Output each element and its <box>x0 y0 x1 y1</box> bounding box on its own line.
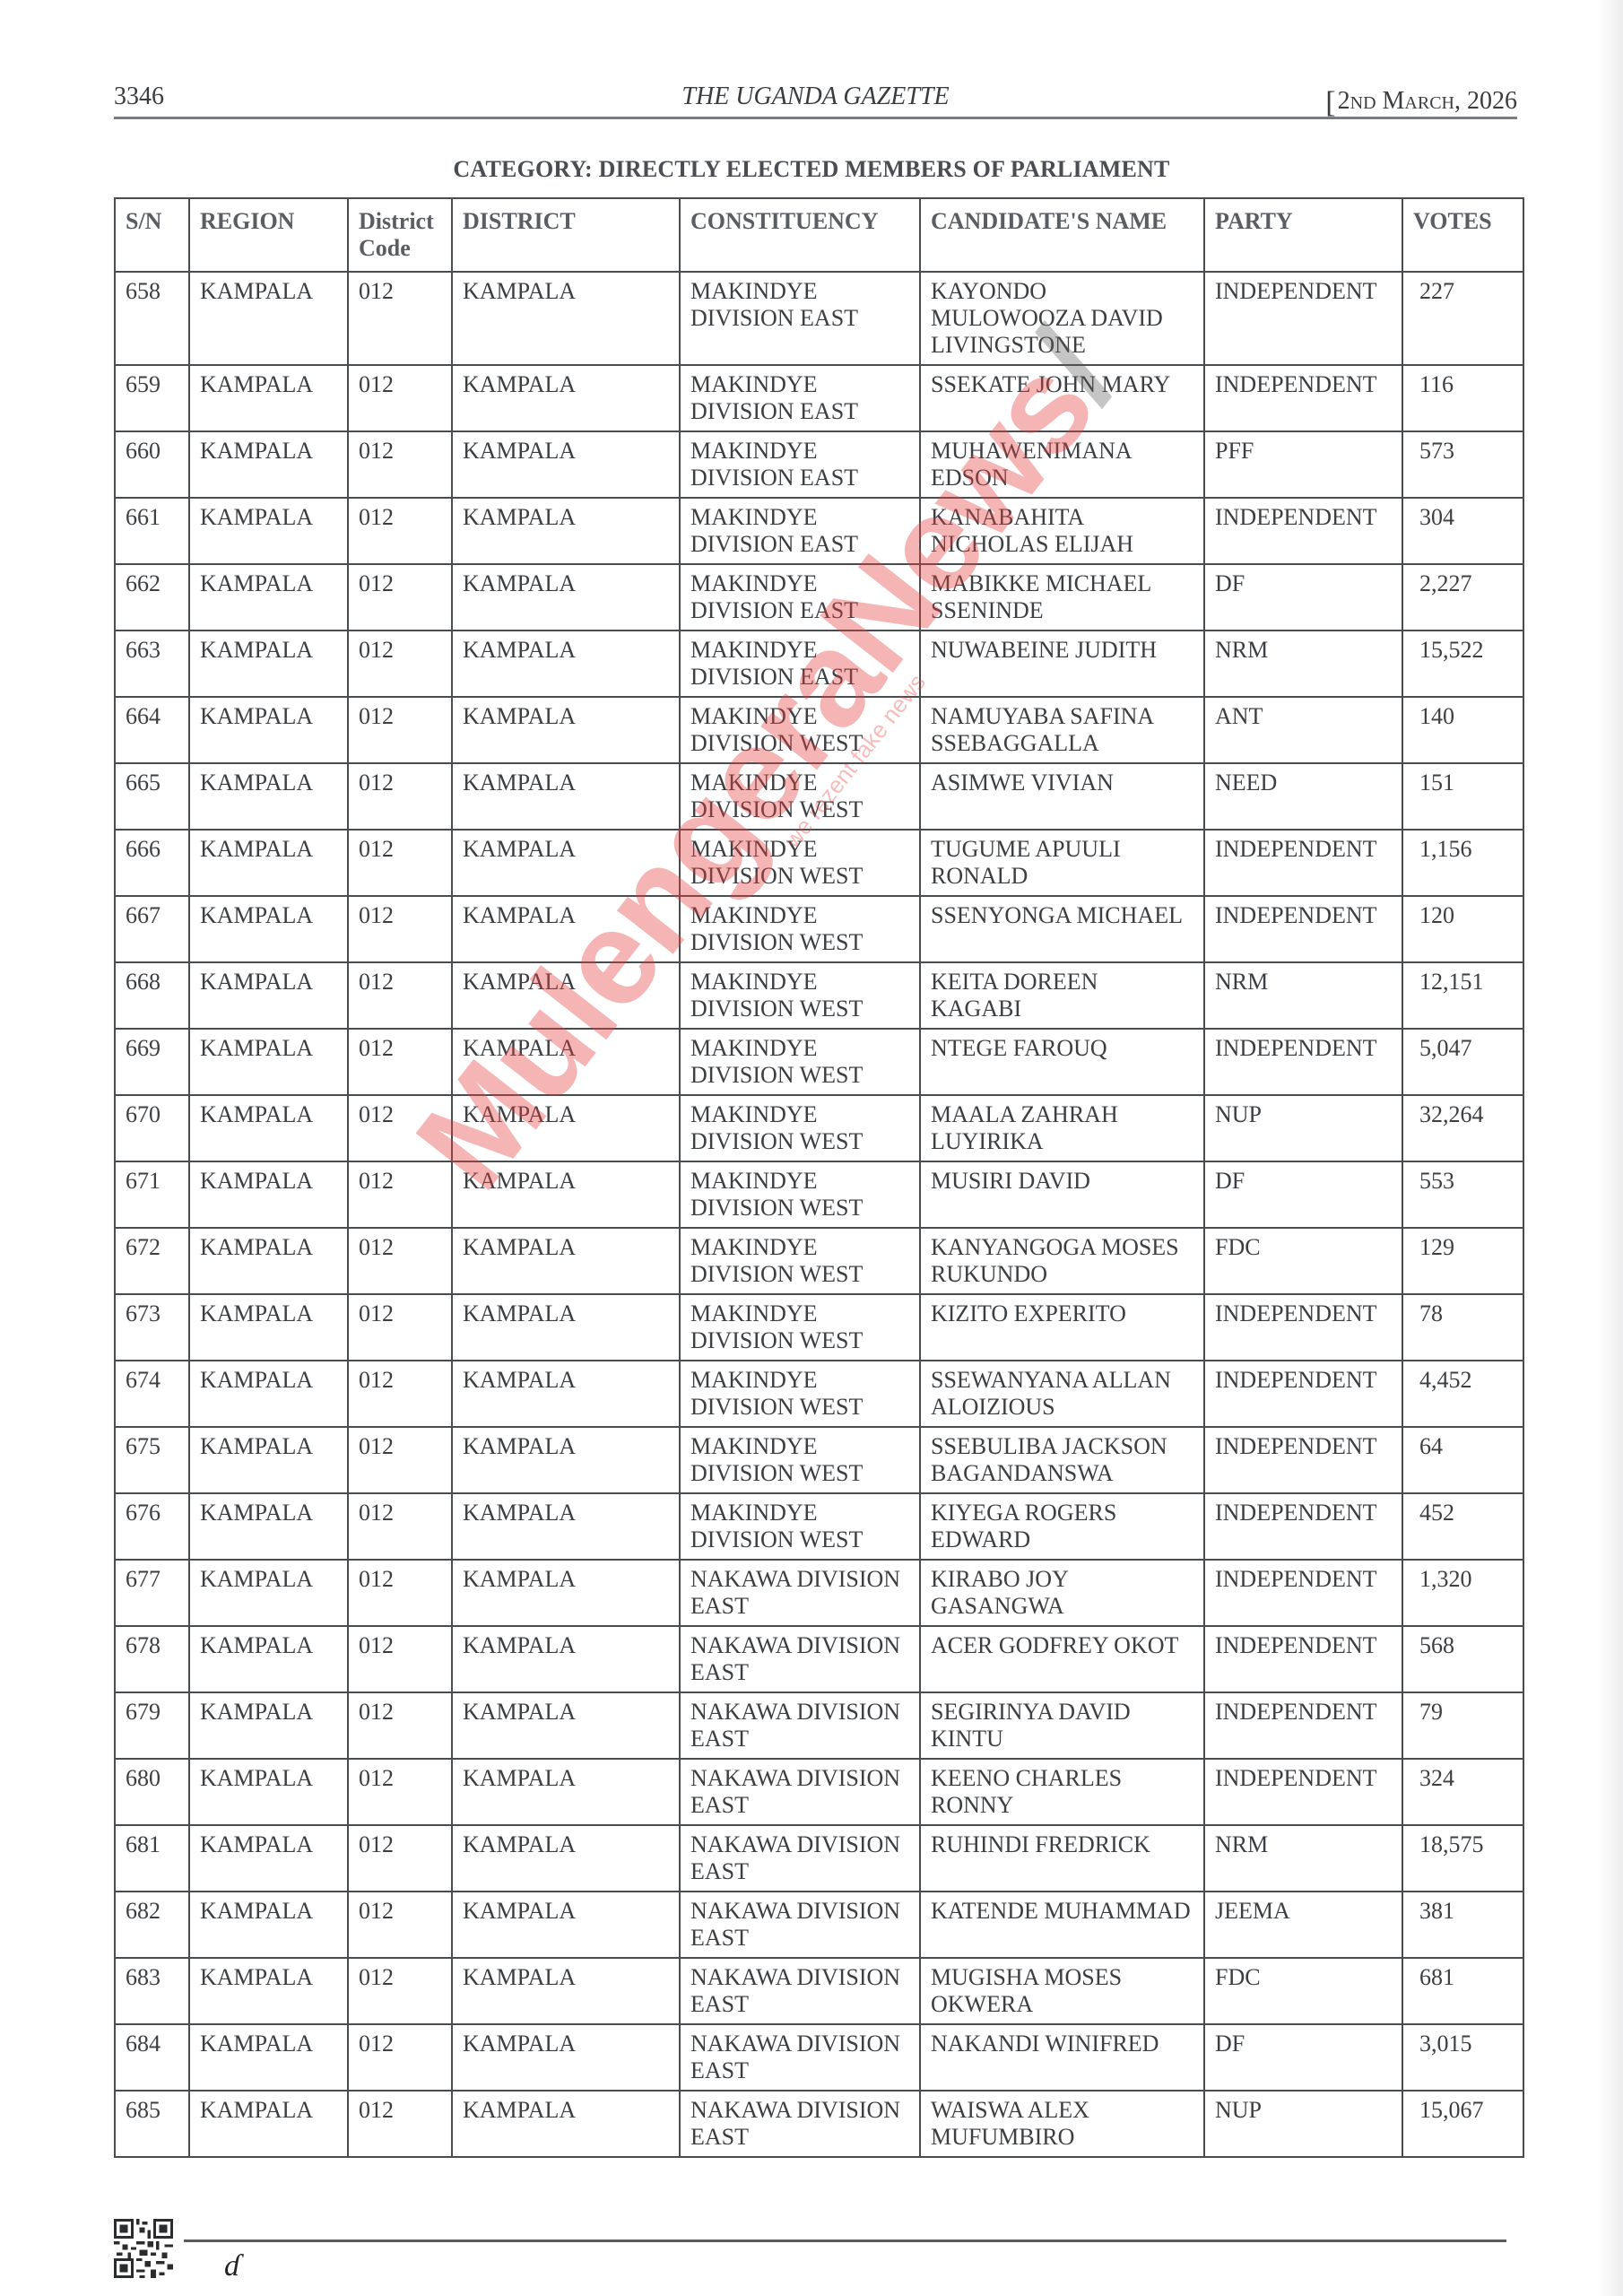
cell-district-code: 012 <box>348 1892 452 1958</box>
cell-district-code: 012 <box>348 962 452 1029</box>
cell-votes: 1,320 <box>1402 1560 1523 1626</box>
cell-district-code: 012 <box>348 1958 452 2024</box>
cell-region: KAMPALA <box>189 272 348 365</box>
cell-region: KAMPALA <box>189 763 348 830</box>
cell-region: KAMPALA <box>189 1958 348 2024</box>
cell-sn: 660 <box>115 431 189 498</box>
cell-district: KAMPALA <box>452 1161 680 1228</box>
cell-district: KAMPALA <box>452 1692 680 1759</box>
cell-votes: 32,264 <box>1402 1095 1523 1161</box>
cell-party: INDEPENDENT <box>1204 1294 1402 1361</box>
cell-sn: 664 <box>115 697 189 763</box>
table-row: 668KAMPALA012KAMPALAMAKINDYE DIVISION WE… <box>115 962 1523 1029</box>
cell-candidate-name: MUSIRI DAVID <box>920 1161 1204 1228</box>
cell-party: FDC <box>1204 1228 1402 1294</box>
cell-constituency: MAKINDYE DIVISION WEST <box>680 1095 920 1161</box>
cell-candidate-name: SSENYONGA MICHAEL <box>920 896 1204 962</box>
cell-region: KAMPALA <box>189 1825 348 1892</box>
cell-district: KAMPALA <box>452 830 680 896</box>
cell-sn: 682 <box>115 1892 189 1958</box>
cell-party: INDEPENDENT <box>1204 1626 1402 1692</box>
cell-votes: 64 <box>1402 1427 1523 1493</box>
cell-constituency: MAKINDYE DIVISION WEST <box>680 1228 920 1294</box>
cell-votes: 553 <box>1402 1161 1523 1228</box>
cell-party: INDEPENDENT <box>1204 1692 1402 1759</box>
cell-party: DF <box>1204 1161 1402 1228</box>
cell-district: KAMPALA <box>452 1361 680 1427</box>
cell-votes: 78 <box>1402 1294 1523 1361</box>
cell-sn: 679 <box>115 1692 189 1759</box>
cell-region: KAMPALA <box>189 1427 348 1493</box>
cell-district-code: 012 <box>348 1427 452 1493</box>
cell-candidate-name: MAALA ZAHRAH LUYIRIKA <box>920 1095 1204 1161</box>
table-row: 670KAMPALA012KAMPALAMAKINDYE DIVISION WE… <box>115 1095 1523 1161</box>
cell-constituency: MAKINDYE DIVISION WEST <box>680 830 920 896</box>
cell-region: KAMPALA <box>189 1029 348 1095</box>
cell-district: KAMPALA <box>452 1892 680 1958</box>
cell-district: KAMPALA <box>452 1493 680 1560</box>
cell-district-code: 012 <box>348 1626 452 1692</box>
cell-candidate-name: NTEGE FAROUQ <box>920 1029 1204 1095</box>
publication-title: THE UGANDA GAZETTE <box>114 83 1517 111</box>
cell-party: INDEPENDENT <box>1204 272 1402 365</box>
cell-candidate-name: KATENDE MUHAMMAD <box>920 1892 1204 1958</box>
cell-candidate-name: KIZITO EXPERITO <box>920 1294 1204 1361</box>
cell-district-code: 012 <box>348 1825 452 1892</box>
cell-district: KAMPALA <box>452 1825 680 1892</box>
date-year: , 2026 <box>1454 87 1517 115</box>
cell-sn: 659 <box>115 365 189 431</box>
table-row: 673KAMPALA012KAMPALAMAKINDYE DIVISION WE… <box>115 1294 1523 1361</box>
cell-region: KAMPALA <box>189 697 348 763</box>
cell-votes: 227 <box>1402 272 1523 365</box>
cell-sn: 666 <box>115 830 189 896</box>
table-row: 663KAMPALA012KAMPALAMAKINDYE DIVISION EA… <box>115 631 1523 697</box>
cell-district: KAMPALA <box>452 1427 680 1493</box>
cell-constituency: NAKAWA DIVISION EAST <box>680 2091 920 2157</box>
qr-code-icon <box>114 2219 173 2278</box>
cell-district-code: 012 <box>348 1294 452 1361</box>
cell-district-code: 012 <box>348 697 452 763</box>
table-row: 674KAMPALA012KAMPALAMAKINDYE DIVISION WE… <box>115 1361 1523 1427</box>
cell-district-code: 012 <box>348 1759 452 1825</box>
column-header-constituency: CONSTITUENCY <box>680 198 920 272</box>
cell-party: INDEPENDENT <box>1204 365 1402 431</box>
cell-constituency: MAKINDYE DIVISION WEST <box>680 1361 920 1427</box>
date-bracket: [ <box>1325 86 1335 119</box>
cell-district-code: 012 <box>348 1161 452 1228</box>
issue-date: [2ND MARCH, 2026 <box>1325 83 1517 117</box>
cell-sn: 672 <box>115 1228 189 1294</box>
cell-district-code: 012 <box>348 1228 452 1294</box>
cell-region: KAMPALA <box>189 1161 348 1228</box>
cell-candidate-name: RUHINDI FREDRICK <box>920 1825 1204 1892</box>
cell-region: KAMPALA <box>189 2024 348 2091</box>
cell-sn: 662 <box>115 564 189 631</box>
cell-party: INDEPENDENT <box>1204 1560 1402 1626</box>
cell-district: KAMPALA <box>452 1759 680 1825</box>
cell-candidate-name: NAKANDI WINIFRED <box>920 2024 1204 2091</box>
category-title: CATEGORY: DIRECTLY ELECTED MEMBERS OF PA… <box>0 156 1623 183</box>
cell-party: NRM <box>1204 1825 1402 1892</box>
cell-party: INDEPENDENT <box>1204 1427 1402 1493</box>
cell-votes: 1,156 <box>1402 830 1523 896</box>
cell-sn: 676 <box>115 1493 189 1560</box>
cell-candidate-name: KAYONDO MULOWOOZA DAVID LIVINGSTONE <box>920 272 1204 365</box>
cell-votes: 129 <box>1402 1228 1523 1294</box>
cell-region: KAMPALA <box>189 2091 348 2157</box>
cell-district-code: 012 <box>348 365 452 431</box>
cell-party: PFF <box>1204 431 1402 498</box>
table-row: 660KAMPALA012KAMPALAMAKINDYE DIVISION EA… <box>115 431 1523 498</box>
cell-constituency: NAKAWA DIVISION EAST <box>680 1958 920 2024</box>
cell-region: KAMPALA <box>189 365 348 431</box>
cell-constituency: NAKAWA DIVISION EAST <box>680 1626 920 1692</box>
cell-votes: 12,151 <box>1402 962 1523 1029</box>
cell-district-code: 012 <box>348 1560 452 1626</box>
cell-candidate-name: SSEKATE JOHN MARY <box>920 365 1204 431</box>
cell-region: KAMPALA <box>189 564 348 631</box>
cell-district: KAMPALA <box>452 1294 680 1361</box>
cell-party: INDEPENDENT <box>1204 1361 1402 1427</box>
cell-district: KAMPALA <box>452 272 680 365</box>
cell-votes: 4,452 <box>1402 1361 1523 1427</box>
cell-region: KAMPALA <box>189 830 348 896</box>
election-results-table: S/N REGION DistrictCode DISTRICT CONSTIT… <box>114 197 1524 2158</box>
cell-sn: 658 <box>115 272 189 365</box>
cell-district: KAMPALA <box>452 2091 680 2157</box>
table-row: 672KAMPALA012KAMPALAMAKINDYE DIVISION WE… <box>115 1228 1523 1294</box>
cell-district: KAMPALA <box>452 1095 680 1161</box>
cell-votes: 452 <box>1402 1493 1523 1560</box>
cell-sn: 671 <box>115 1161 189 1228</box>
cell-votes: 381 <box>1402 1892 1523 1958</box>
cell-constituency: MAKINDYE DIVISION WEST <box>680 896 920 962</box>
cell-constituency: MAKINDYE DIVISION EAST <box>680 272 920 365</box>
cell-votes: 5,047 <box>1402 1029 1523 1095</box>
cell-sn: 681 <box>115 1825 189 1892</box>
cell-region: KAMPALA <box>189 431 348 498</box>
cell-sn: 674 <box>115 1361 189 1427</box>
cell-district-code: 012 <box>348 564 452 631</box>
cell-party: INDEPENDENT <box>1204 1759 1402 1825</box>
cell-district-code: 012 <box>348 272 452 365</box>
table-row: 682KAMPALA012KAMPALANAKAWA DIVISION EAST… <box>115 1892 1523 1958</box>
cell-region: KAMPALA <box>189 1892 348 1958</box>
header-divider <box>114 117 1517 119</box>
cell-candidate-name: MABIKKE MICHAEL SSENINDE <box>920 564 1204 631</box>
cell-region: KAMPALA <box>189 1560 348 1626</box>
column-header-party: PARTY <box>1204 198 1402 272</box>
cell-votes: 681 <box>1402 1958 1523 2024</box>
table-row: 667KAMPALA012KAMPALAMAKINDYE DIVISION WE… <box>115 896 1523 962</box>
table-row: 659KAMPALA012KAMPALAMAKINDYE DIVISION EA… <box>115 365 1523 431</box>
cell-region: KAMPALA <box>189 631 348 697</box>
cell-candidate-name: SSEWANYANA ALLAN ALOIZIOUS <box>920 1361 1204 1427</box>
cell-district-code: 012 <box>348 498 452 564</box>
table-row: 685KAMPALA012KAMPALANAKAWA DIVISION EAST… <box>115 2091 1523 2157</box>
cell-district-code: 012 <box>348 2024 452 2091</box>
date-month-rest: ARCH <box>1404 93 1454 113</box>
cell-candidate-name: SEGIRINYA DAVID KINTU <box>920 1692 1204 1759</box>
column-header-votes: VOTES <box>1402 198 1523 272</box>
cell-candidate-name: KEENO CHARLES RONNY <box>920 1759 1204 1825</box>
cell-constituency: NAKAWA DIVISION EAST <box>680 2024 920 2091</box>
cell-party: DF <box>1204 2024 1402 2091</box>
cell-sn: 668 <box>115 962 189 1029</box>
cell-votes: 79 <box>1402 1692 1523 1759</box>
table-row: 678KAMPALA012KAMPALANAKAWA DIVISION EAST… <box>115 1626 1523 1692</box>
cell-votes: 2,227 <box>1402 564 1523 631</box>
cell-candidate-name: ACER GODFREY OKOT <box>920 1626 1204 1692</box>
table-row: 664KAMPALA012KAMPALAMAKINDYE DIVISION WE… <box>115 697 1523 763</box>
cell-votes: 304 <box>1402 498 1523 564</box>
cell-district: KAMPALA <box>452 962 680 1029</box>
cell-sn: 685 <box>115 2091 189 2157</box>
cell-sn: 661 <box>115 498 189 564</box>
cell-district: KAMPALA <box>452 498 680 564</box>
cell-votes: 116 <box>1402 365 1523 431</box>
cell-constituency: NAKAWA DIVISION EAST <box>680 1892 920 1958</box>
cell-constituency: MAKINDYE DIVISION EAST <box>680 431 920 498</box>
cell-votes: 15,522 <box>1402 631 1523 697</box>
cell-candidate-name: KEITA DOREEN KAGABI <box>920 962 1204 1029</box>
cell-sn: 675 <box>115 1427 189 1493</box>
cell-candidate-name: TUGUME APUULI RONALD <box>920 830 1204 896</box>
cell-party: NEED <box>1204 763 1402 830</box>
cell-district: KAMPALA <box>452 631 680 697</box>
cell-region: KAMPALA <box>189 962 348 1029</box>
cell-party: NUP <box>1204 2091 1402 2157</box>
district-code-head-line2: Code <box>359 235 411 261</box>
cell-party: JEEMA <box>1204 1892 1402 1958</box>
cell-district: KAMPALA <box>452 1228 680 1294</box>
table-row: 671KAMPALA012KAMPALAMAKINDYE DIVISION WE… <box>115 1161 1523 1228</box>
table-row: 676KAMPALA012KAMPALAMAKINDYE DIVISION WE… <box>115 1493 1523 1560</box>
cell-votes: 573 <box>1402 431 1523 498</box>
cell-candidate-name: MUGISHA MOSES OKWERA <box>920 1958 1204 2024</box>
cell-constituency: NAKAWA DIVISION EAST <box>680 1759 920 1825</box>
cell-candidate-name: KANABAHITA NICHOLAS ELIJAH <box>920 498 1204 564</box>
table-row: 669KAMPALA012KAMPALAMAKINDYE DIVISION WE… <box>115 1029 1523 1095</box>
cell-party: INDEPENDENT <box>1204 1493 1402 1560</box>
cell-sn: 665 <box>115 763 189 830</box>
cell-candidate-name: KANYANGOGA MOSES RUKUNDO <box>920 1228 1204 1294</box>
page-header: 3346 THE UGANDA GAZETTE [2ND MARCH, 2026 <box>114 83 1517 118</box>
cell-sn: 678 <box>115 1626 189 1692</box>
cell-sn: 669 <box>115 1029 189 1095</box>
cell-district: KAMPALA <box>452 1626 680 1692</box>
cell-votes: 568 <box>1402 1626 1523 1692</box>
cell-candidate-name: ASIMWE VIVIAN <box>920 763 1204 830</box>
table-row: 666KAMPALA012KAMPALAMAKINDYE DIVISION WE… <box>115 830 1523 896</box>
cell-constituency: MAKINDYE DIVISION WEST <box>680 697 920 763</box>
cell-candidate-name: NAMUYABA SAFINA SSEBAGGALLA <box>920 697 1204 763</box>
cell-district: KAMPALA <box>452 365 680 431</box>
cell-region: KAMPALA <box>189 1692 348 1759</box>
cell-candidate-name: SSEBULIBA JACKSON BAGANDANSWA <box>920 1427 1204 1493</box>
cell-party: INDEPENDENT <box>1204 1029 1402 1095</box>
cell-constituency: MAKINDYE DIVISION WEST <box>680 962 920 1029</box>
table-row: 658KAMPALA012KAMPALAMAKINDYE DIVISION EA… <box>115 272 1523 365</box>
cell-sn: 684 <box>115 2024 189 2091</box>
cell-candidate-name: WAISWA ALEX MUFUMBIRO <box>920 2091 1204 2157</box>
cell-district: KAMPALA <box>452 697 680 763</box>
cell-district: KAMPALA <box>452 564 680 631</box>
cell-constituency: MAKINDYE DIVISION EAST <box>680 631 920 697</box>
cell-constituency: MAKINDYE DIVISION WEST <box>680 1294 920 1361</box>
cell-constituency: MAKINDYE DIVISION EAST <box>680 365 920 431</box>
cell-district-code: 012 <box>348 2091 452 2157</box>
column-header-district: DISTRICT <box>452 198 680 272</box>
cell-sn: 683 <box>115 1958 189 2024</box>
table-row: 662KAMPALA012KAMPALAMAKINDYE DIVISION EA… <box>115 564 1523 631</box>
cell-party: NRM <box>1204 631 1402 697</box>
cell-constituency: MAKINDYE DIVISION WEST <box>680 1029 920 1095</box>
cell-sn: 667 <box>115 896 189 962</box>
cell-district-code: 012 <box>348 896 452 962</box>
cell-district: KAMPALA <box>452 1560 680 1626</box>
cell-constituency: MAKINDYE DIVISION WEST <box>680 1427 920 1493</box>
cell-party: NUP <box>1204 1095 1402 1161</box>
cell-district: KAMPALA <box>452 1958 680 2024</box>
column-header-sn: S/N <box>115 198 189 272</box>
column-header-candidate: CANDIDATE'S NAME <box>920 198 1204 272</box>
cell-constituency: MAKINDYE DIVISION WEST <box>680 763 920 830</box>
cell-district: KAMPALA <box>452 896 680 962</box>
cell-region: KAMPALA <box>189 498 348 564</box>
table-row: 680KAMPALA012KAMPALANAKAWA DIVISION EAST… <box>115 1759 1523 1825</box>
cell-votes: 120 <box>1402 896 1523 962</box>
cell-constituency: MAKINDYE DIVISION WEST <box>680 1161 920 1228</box>
cell-party: ANT <box>1204 697 1402 763</box>
table-row: 675KAMPALA012KAMPALAMAKINDYE DIVISION WE… <box>115 1427 1523 1493</box>
cell-region: KAMPALA <box>189 1294 348 1361</box>
scan-edge-shadow <box>1596 0 1623 2296</box>
cell-district-code: 012 <box>348 431 452 498</box>
cell-party: INDEPENDENT <box>1204 498 1402 564</box>
cell-candidate-name: MUHAWENIMANA EDSON <box>920 431 1204 498</box>
cell-district-code: 012 <box>348 830 452 896</box>
cell-district: KAMPALA <box>452 2024 680 2091</box>
column-header-region: REGION <box>189 198 348 272</box>
cell-party: NRM <box>1204 962 1402 1029</box>
cell-votes: 324 <box>1402 1759 1523 1825</box>
cell-constituency: MAKINDYE DIVISION EAST <box>680 498 920 564</box>
cell-sn: 673 <box>115 1294 189 1361</box>
cell-candidate-name: NUWABEINE JUDITH <box>920 631 1204 697</box>
cell-region: KAMPALA <box>189 1228 348 1294</box>
date-day: 2 <box>1338 87 1350 115</box>
footer-divider <box>184 2239 1506 2242</box>
cell-constituency: MAKINDYE DIVISION EAST <box>680 564 920 631</box>
column-header-district-code: DistrictCode <box>348 198 452 272</box>
cell-district-code: 012 <box>348 1493 452 1560</box>
cell-votes: 15,067 <box>1402 2091 1523 2157</box>
cell-party: INDEPENDENT <box>1204 896 1402 962</box>
table-row: 661KAMPALA012KAMPALAMAKINDYE DIVISION EA… <box>115 498 1523 564</box>
cell-votes: 140 <box>1402 697 1523 763</box>
cell-district: KAMPALA <box>452 1029 680 1095</box>
cell-constituency: NAKAWA DIVISION EAST <box>680 1560 920 1626</box>
cell-region: KAMPALA <box>189 1759 348 1825</box>
cell-district: KAMPALA <box>452 431 680 498</box>
footer-ink-mark: ɗ <box>224 2249 239 2283</box>
cell-party: FDC <box>1204 1958 1402 2024</box>
cell-district: KAMPALA <box>452 763 680 830</box>
cell-votes: 18,575 <box>1402 1825 1523 1892</box>
cell-party: DF <box>1204 564 1402 631</box>
table-row: 677KAMPALA012KAMPALANAKAWA DIVISION EAST… <box>115 1560 1523 1626</box>
table-header-row: S/N REGION DistrictCode DISTRICT CONSTIT… <box>115 198 1523 272</box>
table-row: 679KAMPALA012KAMPALANAKAWA DIVISION EAST… <box>115 1692 1523 1759</box>
cell-candidate-name: KIYEGA ROGERS EDWARD <box>920 1493 1204 1560</box>
district-code-head-line1: District <box>359 208 434 234</box>
cell-constituency: MAKINDYE DIVISION WEST <box>680 1493 920 1560</box>
table-body: 658KAMPALA012KAMPALAMAKINDYE DIVISION EA… <box>115 272 1523 2157</box>
cell-region: KAMPALA <box>189 1361 348 1427</box>
cell-sn: 663 <box>115 631 189 697</box>
cell-constituency: NAKAWA DIVISION EAST <box>680 1825 920 1892</box>
cell-district-code: 012 <box>348 1029 452 1095</box>
cell-district-code: 012 <box>348 1361 452 1427</box>
table-row: 684KAMPALA012KAMPALANAKAWA DIVISION EAST… <box>115 2024 1523 2091</box>
cell-candidate-name: KIRABO JOY GASANGWA <box>920 1560 1204 1626</box>
cell-district-code: 012 <box>348 1692 452 1759</box>
cell-district-code: 012 <box>348 763 452 830</box>
cell-sn: 677 <box>115 1560 189 1626</box>
cell-district-code: 012 <box>348 1095 452 1161</box>
cell-region: KAMPALA <box>189 896 348 962</box>
cell-constituency: NAKAWA DIVISION EAST <box>680 1692 920 1759</box>
cell-votes: 3,015 <box>1402 2024 1523 2091</box>
cell-sn: 680 <box>115 1759 189 1825</box>
cell-region: KAMPALA <box>189 1095 348 1161</box>
date-month: M <box>1376 87 1405 115</box>
table-row: 681KAMPALA012KAMPALANAKAWA DIVISION EAST… <box>115 1825 1523 1892</box>
cell-region: KAMPALA <box>189 1493 348 1560</box>
cell-votes: 151 <box>1402 763 1523 830</box>
table-row: 665KAMPALA012KAMPALAMAKINDYE DIVISION WE… <box>115 763 1523 830</box>
cell-sn: 670 <box>115 1095 189 1161</box>
date-suffix: ND <box>1350 93 1376 113</box>
cell-district-code: 012 <box>348 631 452 697</box>
cell-region: KAMPALA <box>189 1626 348 1692</box>
cell-party: INDEPENDENT <box>1204 830 1402 896</box>
table-row: 683KAMPALA012KAMPALANAKAWA DIVISION EAST… <box>115 1958 1523 2024</box>
